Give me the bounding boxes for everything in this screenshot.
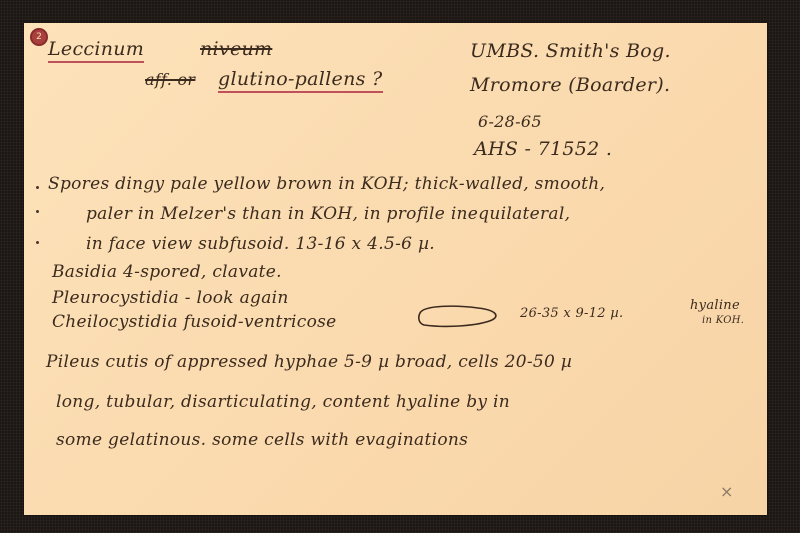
corner-mark: × (720, 482, 733, 501)
collection-location: UMBS. Smith's Bog. (470, 40, 671, 62)
note-line-7: Pileus cutis of appressed hyphae 5-9 µ b… (46, 352, 572, 372)
note-line-4: Basidia 4-spored, clavate. (52, 262, 282, 282)
collection-number: AHS - 71552 . (474, 138, 612, 160)
cystidia-note: hyaline (690, 298, 740, 313)
struck-epithet: niveum (200, 38, 272, 60)
note-line-1: Spores dingy pale yellow brown in KOH; t… (48, 174, 605, 194)
cheilocystidium-sketch-icon (416, 303, 500, 329)
note-line-9: some gelatinous. some cells with evagina… (56, 430, 468, 450)
cystidia-measurement: 26-35 x 9-12 µ. (520, 306, 624, 321)
collection-county: Mromore (Boarder). (470, 74, 670, 96)
struck-prefix: aff. or (145, 70, 195, 89)
note-line-8: long, tubular, disarticulating, content … (56, 392, 510, 412)
genus-name: Leccinum (48, 38, 144, 63)
collection-date: 6-28-65 (478, 112, 542, 131)
margin-dot (36, 241, 39, 244)
species-epithet: glutino-pallens ? (218, 68, 383, 93)
note-line-5: Pleurocystidia - look again (52, 288, 289, 308)
specimen-number-badge: 2 (30, 28, 48, 46)
note-line-6: Cheilocystidia fusoid-ventricose (52, 312, 337, 332)
note-line-2: paler in Melzer's than in KOH, in profil… (86, 204, 570, 224)
note-line-3: in face view subfusoid. 13-16 x 4.5-6 µ. (86, 234, 435, 254)
cystidia-note-koh: in KOH. (702, 315, 744, 326)
margin-dot (36, 186, 39, 189)
margin-dot (36, 210, 39, 213)
